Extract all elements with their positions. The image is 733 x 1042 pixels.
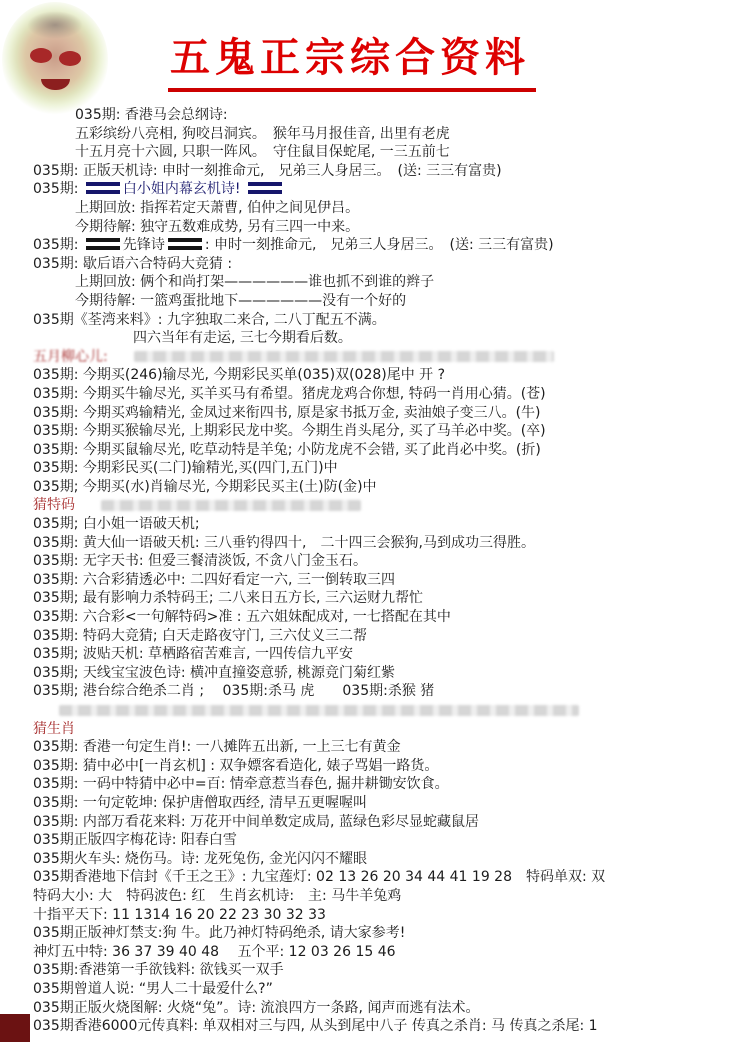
double-bar-icon bbox=[168, 238, 202, 250]
double-bar-icon bbox=[86, 182, 120, 194]
text-line: 035期: 今期买鼠输尽光, 吃草动特是羊兔; 小防龙虎不会错, 买了此肖必中奖… bbox=[33, 441, 733, 460]
content-lines: 035期: 香港马会总纲诗:五彩缤纷八亮相, 狗咬吕洞宾。 猴年马月报佳音, 出… bbox=[33, 106, 733, 1036]
text-line: 035期: 今期买鸡输精光, 金凤过来衔四书, 原是家书抵万金, 卖油娘子变三八… bbox=[33, 404, 733, 423]
portrait-photo bbox=[2, 2, 108, 118]
blurred-text bbox=[59, 705, 579, 716]
text-segment: 先锋诗 bbox=[123, 237, 165, 253]
text-line: 今期待解: 独守五数难成势, 另有三四一中来。 bbox=[33, 218, 733, 237]
section-header-blurred: 五月柳心儿: bbox=[33, 348, 733, 367]
text-line: 十指平天下: 11 1314 16 20 22 23 30 32 33 bbox=[33, 906, 733, 925]
text-line: 035期: 猜中必中[一肖玄机] : 双争嫖客看造化, 婊子骂娼一路货。 bbox=[33, 757, 733, 776]
double-bar-icon bbox=[248, 182, 282, 194]
corner-block bbox=[0, 1014, 30, 1042]
text-line: 四六当年有走运, 三七今期看后数。 bbox=[33, 329, 733, 348]
line-baixiaojie-xuanji: 035期: 白小姐内幕玄机诗! bbox=[33, 180, 733, 199]
blurred-row bbox=[33, 701, 733, 720]
text-segment: 五月柳心儿: bbox=[33, 349, 108, 365]
section-header-te-ma: 猜特码 bbox=[33, 496, 733, 515]
text-line: 035期: 香港马会总纲诗: bbox=[33, 106, 733, 125]
text-line: 035期: 今期买牛输尽光, 买羊买马有希望。猪虎龙鸡合你想, 特码一肖用心猜。… bbox=[33, 385, 733, 404]
text-line: 035期: 一码中特猜中必中=百: 情牵意惹当春色, 掘井耕锄安饮食。 bbox=[33, 775, 733, 794]
text-line: 035期: 无字天书: 但爱三餐清淡饭, 不贪八门金玉石。 bbox=[33, 552, 733, 571]
text-line: 035期: 一句定乾坤: 保护唐僧取西经, 清早五更喔喔叫 bbox=[33, 794, 733, 813]
page-title: 五鬼正宗综合资料 bbox=[168, 26, 536, 92]
text-line: 035期: 今期彩民买(二门)输精光,买(四门,五门)中 bbox=[33, 459, 733, 478]
text-line: 035期: 今期买(246)输尽光, 今期彩民买单(035)双(028)尾中 开… bbox=[33, 366, 733, 385]
text-line: 035期正版火烧图解: 火烧“兔”。诗: 流浪四方一条路, 闻声而逃有法术。 bbox=[33, 999, 733, 1018]
text-line: 035期; 最有影响力杀特码王; 二八来日五方长, 三六运财九帮忙 bbox=[33, 589, 733, 608]
text-line: 035期正版神灯禁支:狗 牛。此乃神灯特码绝杀, 请大家参考! bbox=[33, 924, 733, 943]
text-segment: 035期: bbox=[33, 237, 83, 253]
text-line: 035期: 歇后语六合特码大竞猜 : bbox=[33, 255, 733, 274]
blurred-text bbox=[134, 351, 554, 362]
text-segment: 035期: bbox=[33, 181, 83, 197]
text-line: 035期: 六合彩<一句解特码>准 : 五六姐妹配成对, 一七搭配在其中 bbox=[33, 608, 733, 627]
text-line: 035期:香港第一手欲钱料: 欲钱买一双手 bbox=[33, 961, 733, 980]
text-line: 035期正版四字梅花诗: 阳春白雪 bbox=[33, 831, 733, 850]
text-line: 神灯五中特: 36 37 39 40 48 五个平: 12 03 26 15 4… bbox=[33, 943, 733, 962]
text-segment: : 申时一刻推命元, 兄弟三人身居三。 (送: 三三有富贵) bbox=[205, 237, 554, 253]
text-line: 五彩缤纷八亮相, 狗咬吕洞宾。 猴年马月报佳音, 出里有老虎 bbox=[33, 125, 733, 144]
text-line: 035期曾道人说: “男人二十最爱什么?” bbox=[33, 980, 733, 999]
line-xianfengshi: 035期: 先锋诗: 申时一刻推命元, 兄弟三人身居三。 (送: 三三有富贵) bbox=[33, 236, 733, 255]
text-line: 035期火车头: 烧伤马。诗: 龙死兔伤, 金光闪闪不耀眼 bbox=[33, 850, 733, 869]
text-segment: 猜特码 bbox=[33, 497, 75, 513]
text-line: 035期《荃湾来料》: 九字独取二来合, 二八丁配五不满。 bbox=[33, 311, 733, 330]
text-line: 035期香港6000元传真料: 单双相对三与四, 从头到尾中八子 传真之杀肖: … bbox=[33, 1017, 733, 1036]
text-line: 035期: 今期买猴输尽光, 上期彩民龙中奖。今期生肖头尾分, 买了马羊必中奖。… bbox=[33, 422, 733, 441]
text-line: 035期: 香港一句定生肖!: 一八摊阵五出新, 一上三七有黄金 bbox=[33, 738, 733, 757]
text-line: 035期; 白小姐一语破天机; bbox=[33, 515, 733, 534]
text-line: 十五月亮十六圆, 只职一阵风。 守住鼠目保蛇尾, 一三五前七 bbox=[33, 143, 733, 162]
section-header-sheng-xiao: 猜生肖 bbox=[33, 720, 733, 739]
text-line: 上期回放: 指挥若定天萧曹, 伯仲之间见伊吕。 bbox=[33, 199, 733, 218]
text-segment: 白小姐内幕玄机诗! bbox=[123, 181, 245, 197]
text-line: 上期回放: 俩个和尚打架——————谁也抓不到谁的辫子 bbox=[33, 273, 733, 292]
blurred-text bbox=[101, 500, 361, 511]
text-line: 035期: 六合彩猜透必中: 二四好看定一六, 三一倒转取三四 bbox=[33, 571, 733, 590]
text-line: 035期: 内部万看花来料: 万花开中间单数定成局, 蓝绿色彩尽显蛇藏鼠居 bbox=[33, 813, 733, 832]
text-line: 035期; 港台综合绝杀二肖 ; 035期:杀马 虎 035期:杀猴 猪 bbox=[33, 682, 733, 701]
text-line: 特码大小: 大 特码波色: 红 生肖玄机诗: 主: 马牛羊兔鸡 bbox=[33, 887, 733, 906]
text-line: 今期待解: 一篮鸡蛋批地下——————没有一个好的 bbox=[33, 292, 733, 311]
photo-hair bbox=[27, 11, 82, 39]
text-line: 035期; 波贴天机: 草栖路宿苦难言, 一四传信九平安 bbox=[33, 645, 733, 664]
double-bar-icon bbox=[86, 238, 120, 250]
text-line: 035期香港地下信封《千王之王》: 九宝莲灯: 02 13 26 20 34 4… bbox=[33, 868, 733, 887]
text-line: 035期: 正版天机诗: 申时一刻推命元, 兄弟三人身居三。 (送: 三三有富贵… bbox=[33, 162, 733, 181]
text-line: 035期; 今期买(水)肖输尽光, 今期彩民买主(土)防(金)中 bbox=[33, 478, 733, 497]
text-line: 035期: 特码大竞猜; 白天走路夜守门, 三六仗义三二帮 bbox=[33, 627, 733, 646]
text-line: 035期; 天线宝宝波色诗: 横冲直撞姿意骄, 桃源竞门菊红紫 bbox=[33, 664, 733, 683]
text-line: 035期: 黄大仙一语破天机: 三八垂钓得四十, 二十四三会猴狗,马到成功三得胜… bbox=[33, 534, 733, 553]
